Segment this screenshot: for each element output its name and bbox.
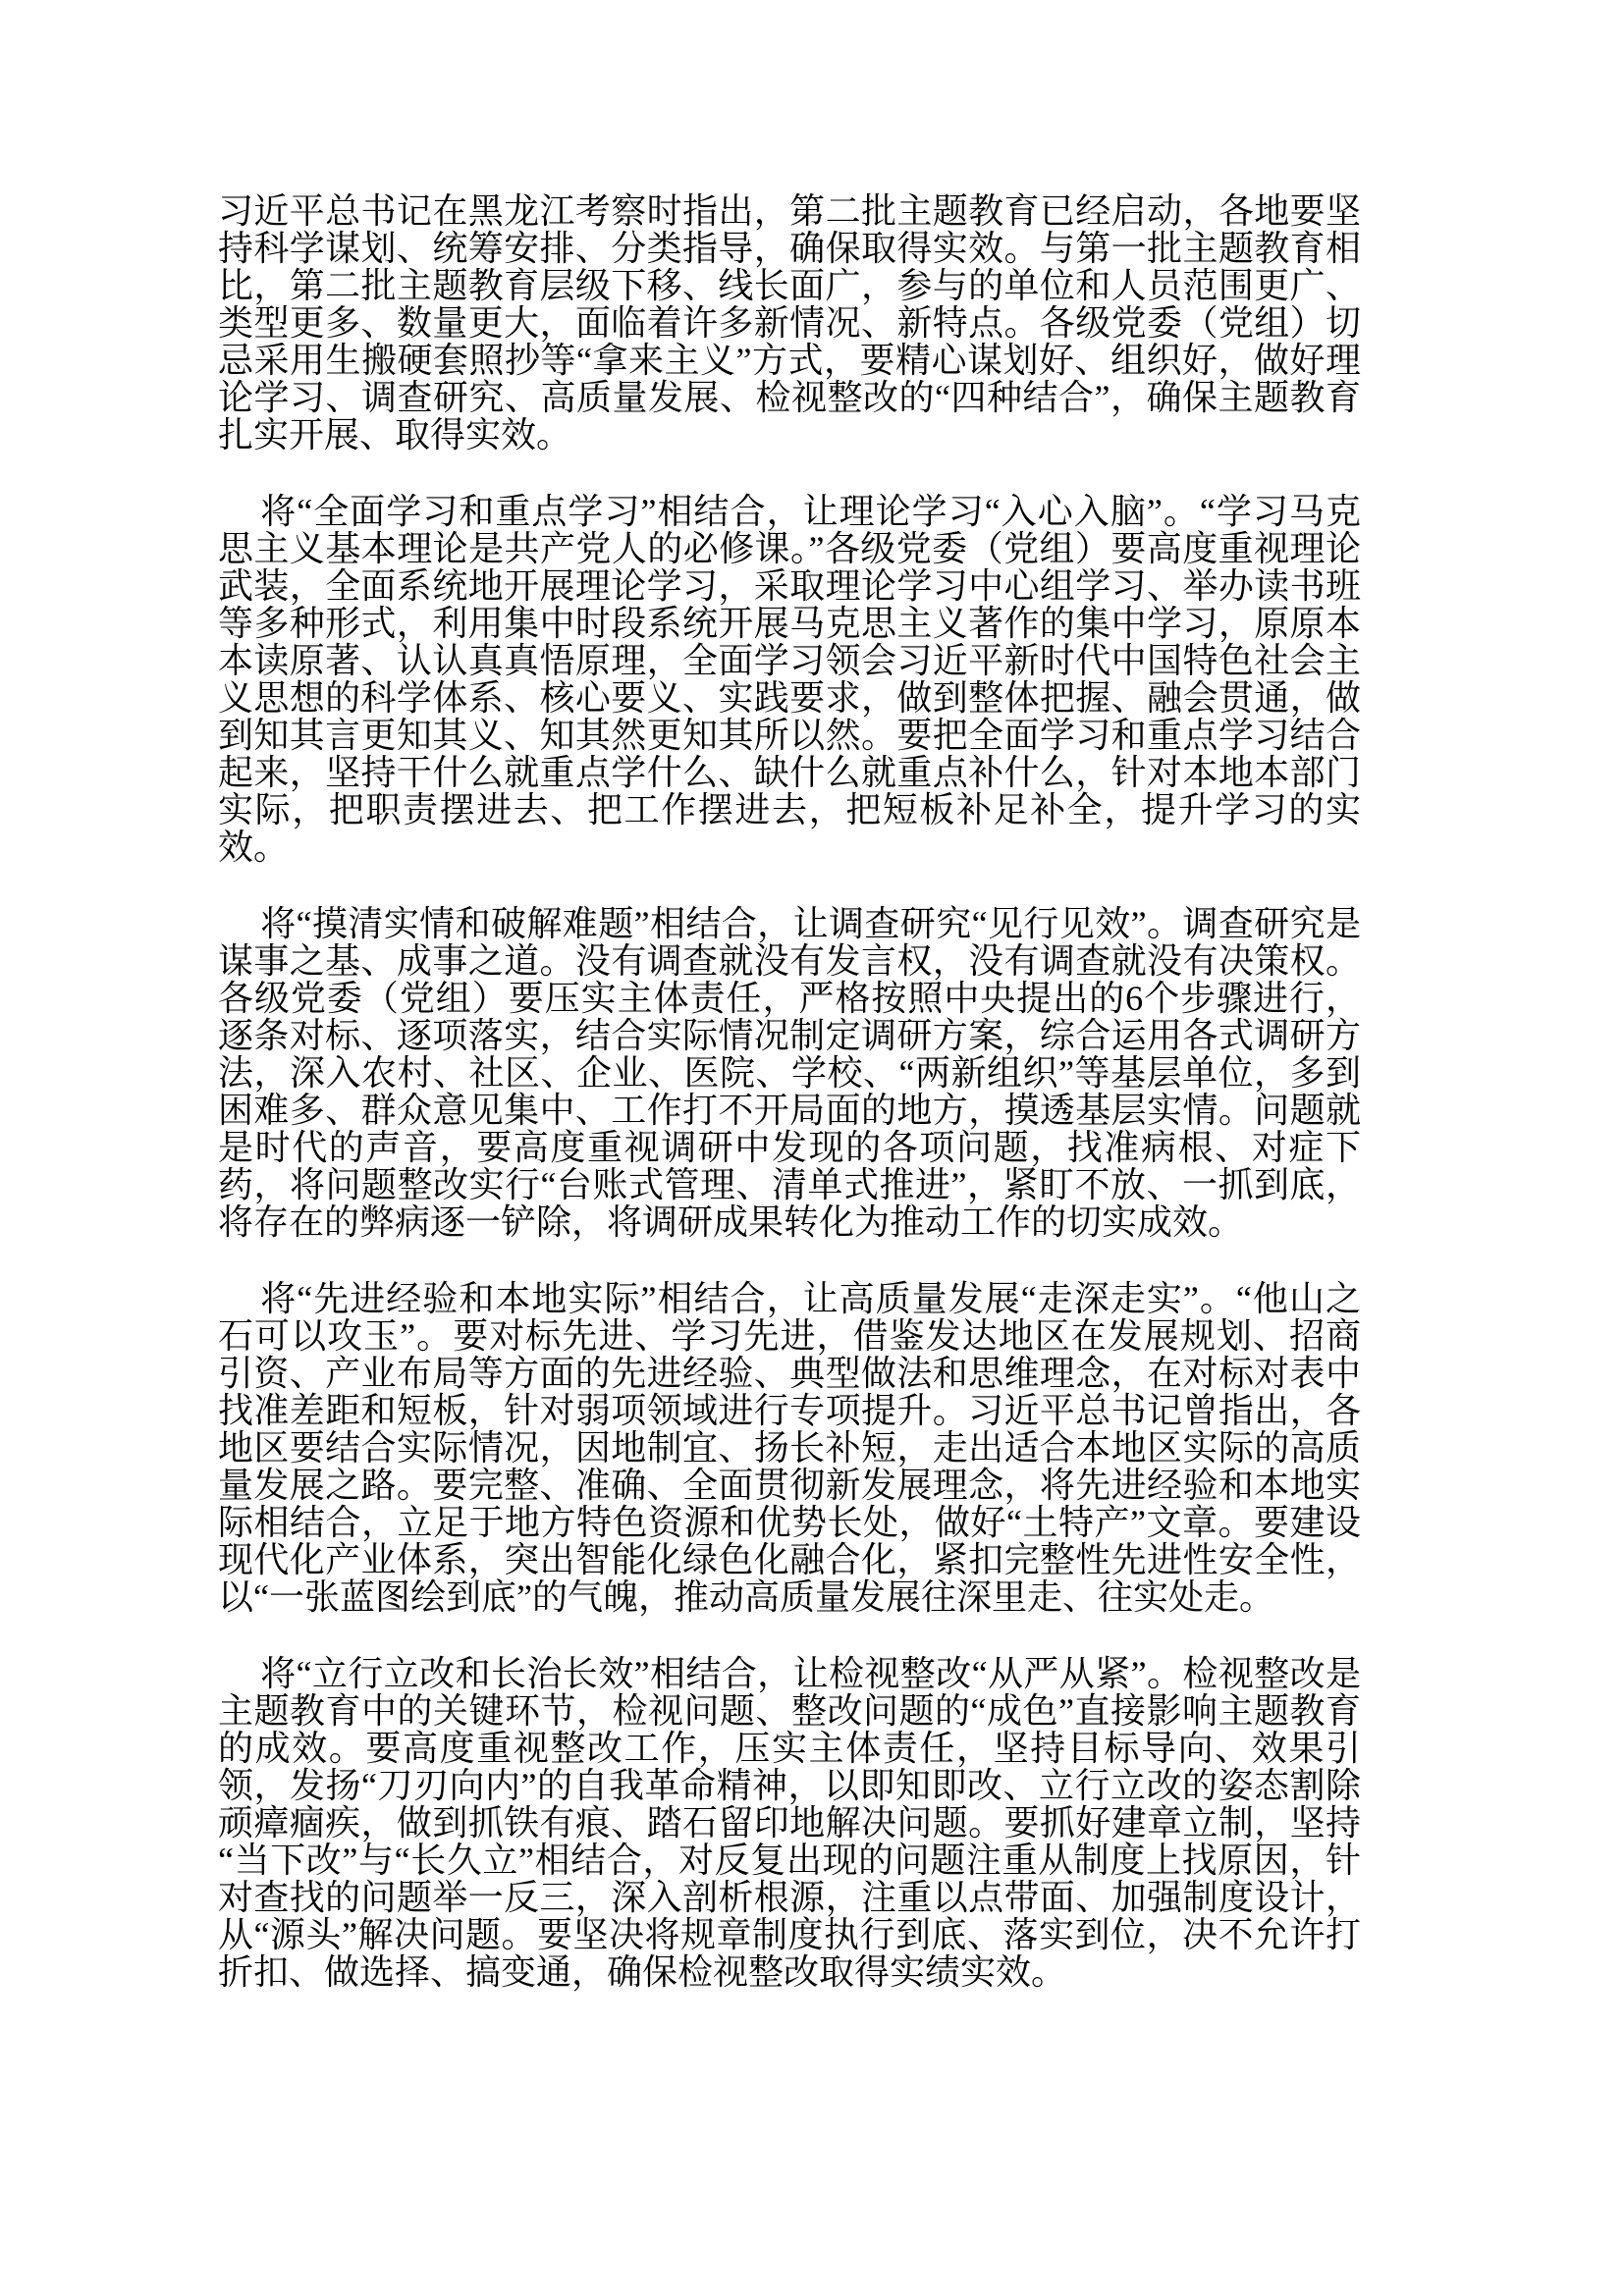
document-text-block: 习近平总书记在黑龙江考察时指出，第二批主题教育已经启动，各地要坚持科学谋划、统筹… — [218, 192, 1361, 1991]
paragraph-4: 将“先进经验和本地实际”相结合，让高质量发展“走深走实”。“他山之石可以攻玉”。… — [218, 1280, 1361, 1616]
paragraph-5: 将“立行立改和长治长效”相结合，让检视整改“从严从紧”。检视整改是主题教育中的关… — [218, 1655, 1361, 1991]
paragraph-2: 将“全面学习和重点学习”相结合，让理论学习“入心入脑”。“学习马克思主义基本理论… — [218, 493, 1361, 866]
paragraph-3: 将“摸清实情和破解难题”相结合，让调查研究“见行见效”。调查研究是谋事之基、成事… — [218, 905, 1361, 1241]
paragraph-1: 习近平总书记在黑龙江考察时指出，第二批主题教育已经启动，各地要坚持科学谋划、统筹… — [218, 192, 1361, 454]
document-page: 习近平总书记在黑龙江考察时指出，第二批主题教育已经启动，各地要坚持科学谋划、统筹… — [0, 0, 1624, 2296]
